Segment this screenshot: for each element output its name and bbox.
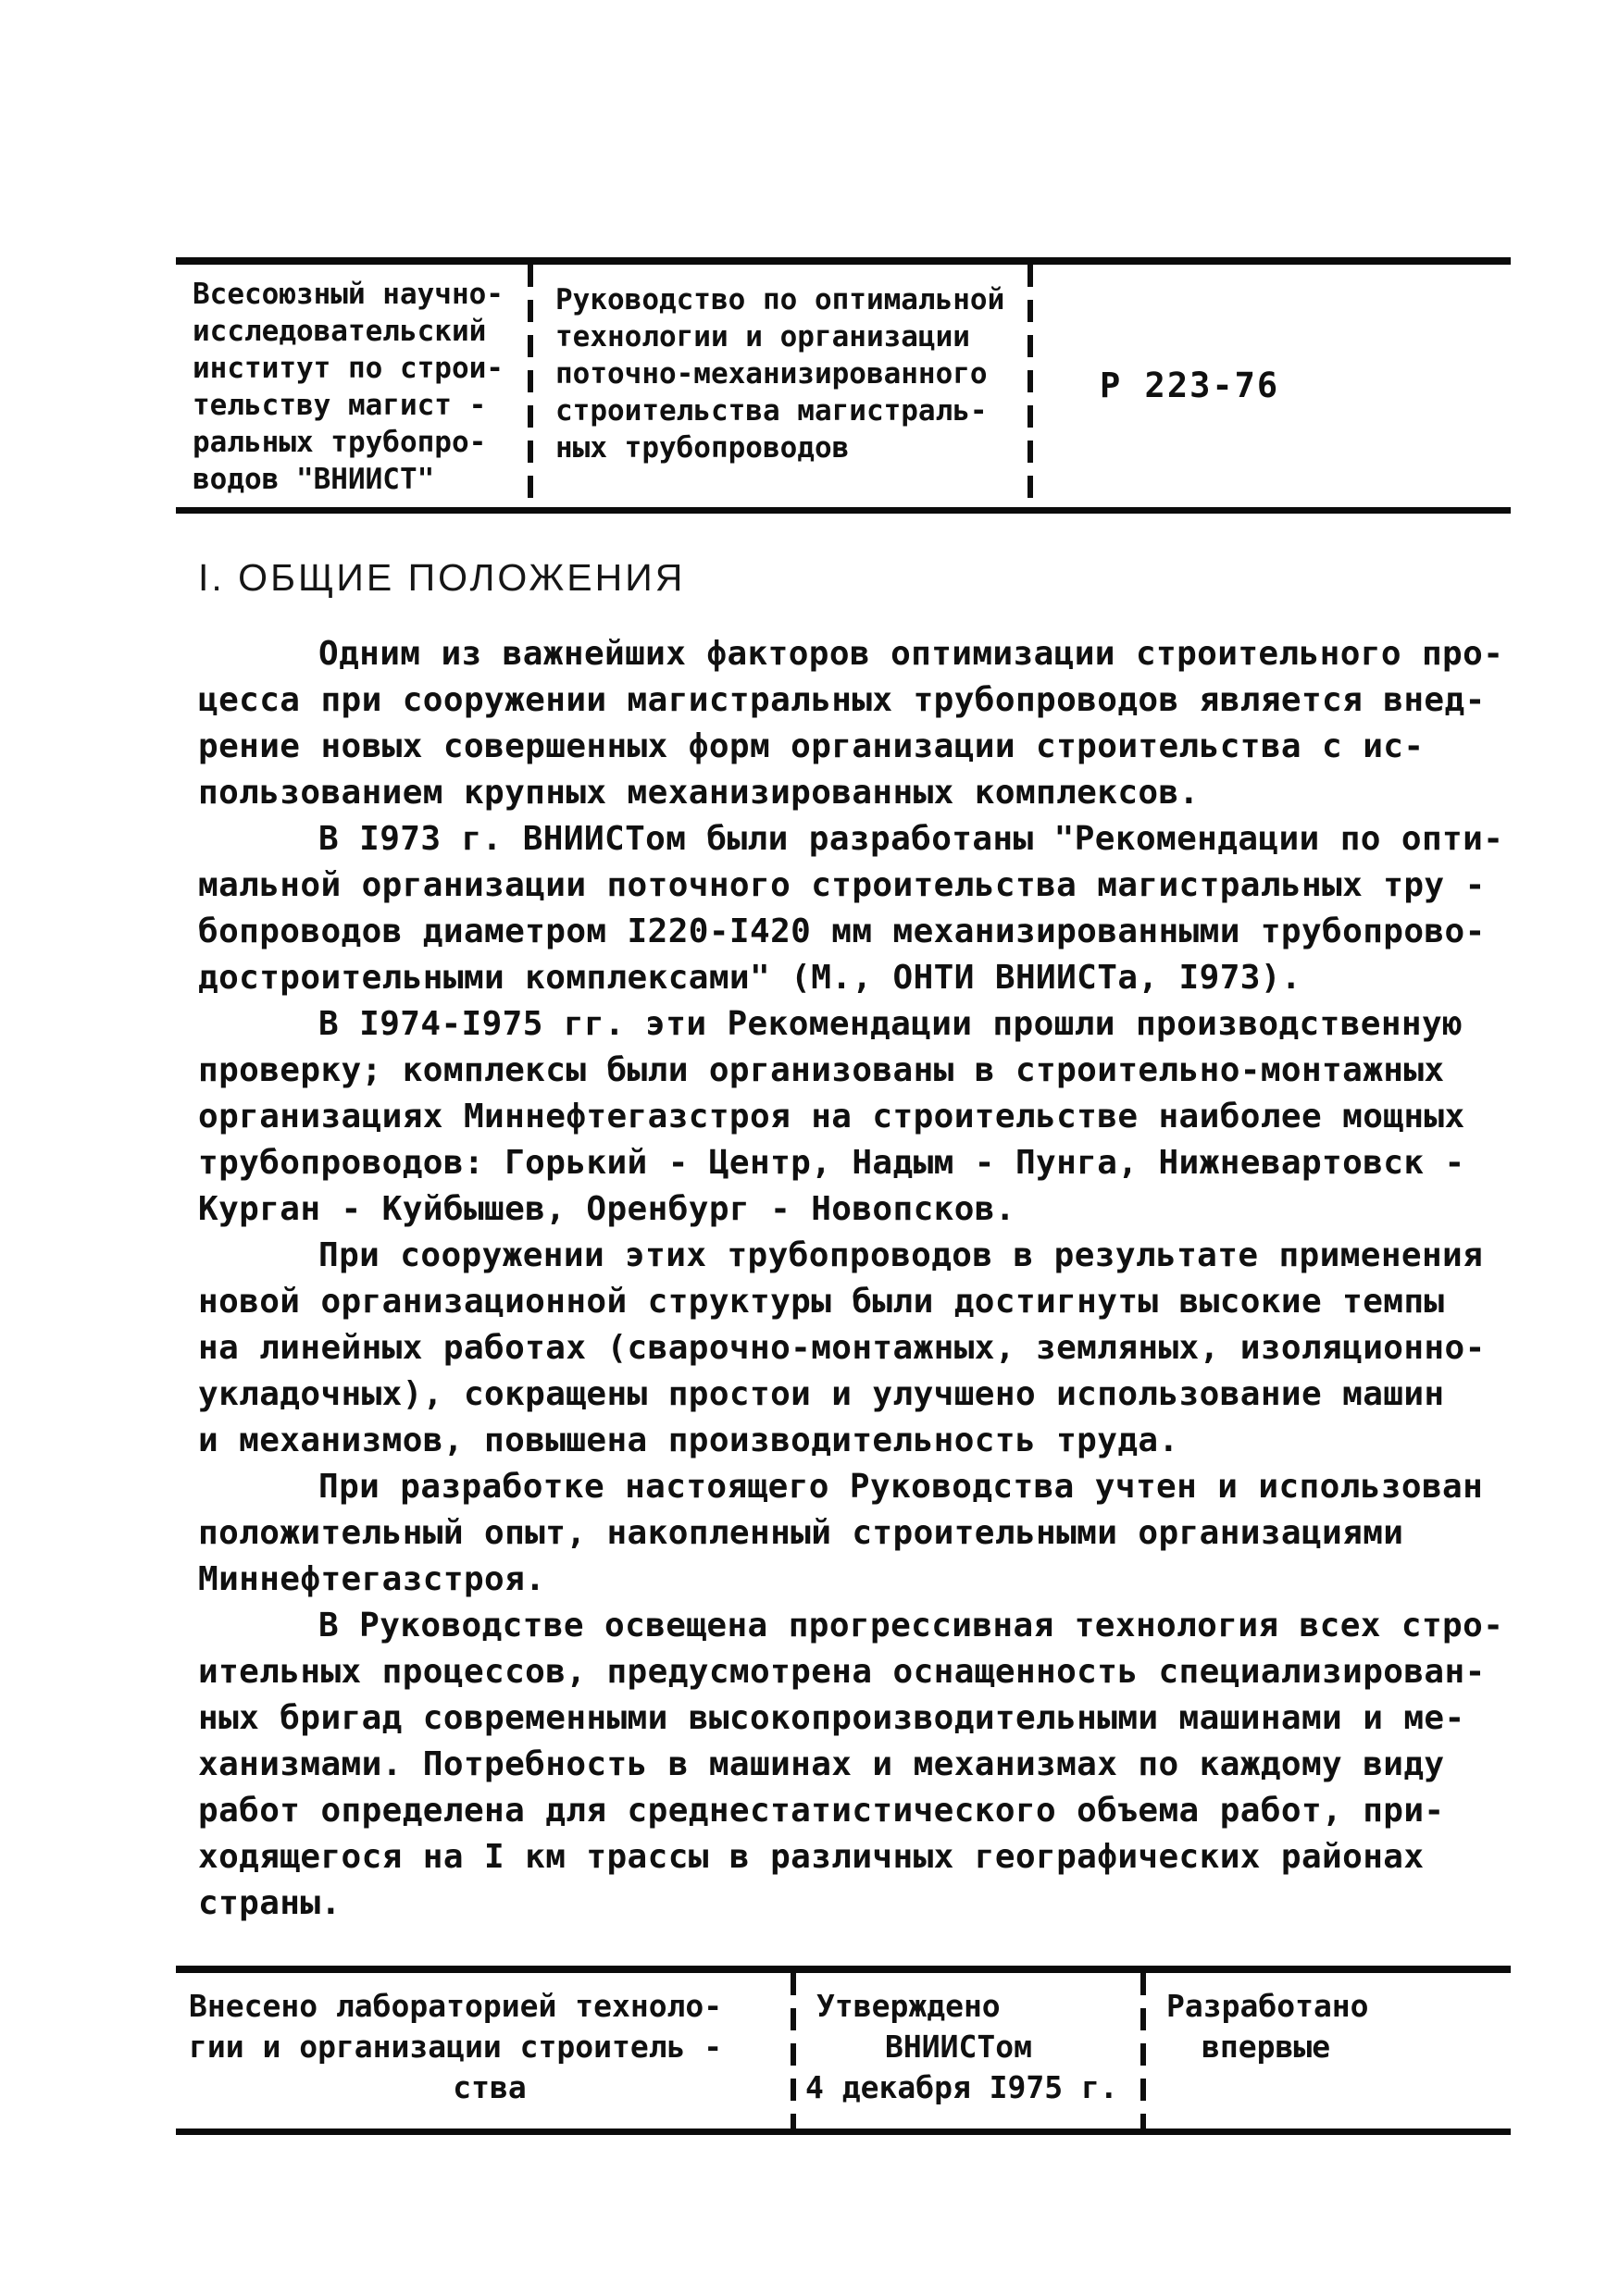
submitted-line: Внесено лабораторией техноло- <box>189 1986 791 2027</box>
submitted-line: гии и организации строитель - <box>189 2027 791 2067</box>
footer-stamp-table: Внесено лабораторией техноло- гии и орга… <box>176 1966 1511 2135</box>
approved-line: ВНИИСТом <box>796 2027 1140 2067</box>
approved-line: Утверждено <box>796 1986 1140 2027</box>
submitted-by-cell: Внесено лабораторией техноло- гии и орга… <box>176 1973 791 2128</box>
document-title: Руководство по оптимальной технологии и … <box>533 265 1027 507</box>
developed-line: впервые <box>1146 2027 1509 2067</box>
scanned-document-page: Всесоюзный научно- исследовательский инс… <box>0 0 1619 2296</box>
approved-line: 4 декабря I975 г. <box>796 2067 1140 2108</box>
paragraph: При сооружении этих трубопроводов в резу… <box>198 1233 1511 1464</box>
header-stamp-table: Всесоюзный научно- исследовательский инс… <box>176 257 1511 514</box>
paragraph: При разработке настоящего Руководства уч… <box>198 1464 1511 1603</box>
issuing-organization: Всесоюзный научно- исследовательский инс… <box>176 265 528 507</box>
section-heading: I. ОБЩИЕ ПОЛОЖЕНИЯ <box>198 556 1511 600</box>
paragraph: В I974-I975 гг. эти Рекомендации прошли … <box>198 1001 1511 1233</box>
body-text: Одним из важнейших факторов оптимизации … <box>176 631 1511 1927</box>
developed-line: Разработано <box>1146 1986 1509 2027</box>
approved-by-cell: Утверждено ВНИИСТом 4 декабря I975 г. <box>796 1973 1140 2128</box>
document-code: Р 223-76 <box>1033 265 1507 507</box>
document-content: Всесоюзный научно- исследовательский инс… <box>176 257 1511 2135</box>
paragraph: В Руководстве освещена прогрессивная тех… <box>198 1603 1511 1927</box>
paragraph: Одним из важнейших факторов оптимизации … <box>198 631 1511 816</box>
paragraph: В I973 г. ВНИИСТом были разработаны "Рек… <box>198 816 1511 1001</box>
developed-cell: Разработано впервые <box>1146 1973 1509 2128</box>
submitted-line: ства <box>189 2067 791 2108</box>
